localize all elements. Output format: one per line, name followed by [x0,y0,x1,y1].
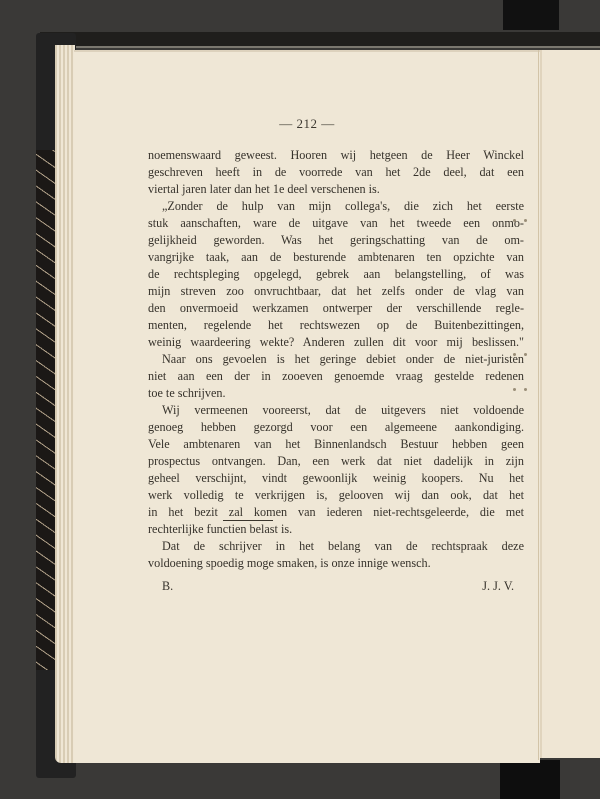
binding-hole [524,219,527,222]
text-line: rechterlijke functien belast is. [148,521,524,538]
marbled-endpaper [36,150,56,670]
signature-left: B. [162,578,173,595]
dark-gap-bottom [500,760,560,799]
binding-hole [513,388,516,391]
page-number: — 212 — [74,116,540,132]
dark-gap [503,0,559,30]
text-line: weinig waardeering wekte? Anderen zullen… [148,334,524,351]
text-line: vangrijke taak, aan de besturende ambten… [148,249,524,266]
section-rule [223,520,273,521]
binding-hole [524,388,527,391]
text-line: voldoening spoedig moge smaken, is onze … [148,555,524,572]
page-edges [55,45,75,763]
book-cover-top-edge [40,32,600,48]
text-line: mijn streven zoo onvruchtbaar, dat het z… [148,283,524,300]
spine-fold [538,50,539,760]
signature-row: B.J. J. V. [148,578,524,595]
text-line: de rechtspleging opgelegd, gebrek aan be… [148,266,524,283]
text-line: werk volledig te verkrijgen is, gelooven… [148,487,524,504]
text-line: den onvermoeid werkzamen ontwerper der v… [148,300,524,317]
left-page: — 212 — noemenswaard geweest. Hooren wij… [74,50,540,763]
text-line: Vele ambtenaren van het Binnenlandsch Be… [148,436,524,453]
text-line: in het bezit zal komen van iederen niet-… [148,504,524,521]
text-line: geheel verschijnt, vindt gewoonlijk wein… [148,470,524,487]
binding-hole [524,353,527,356]
text-line: Naar ons gevoelen is het geringe debiet … [148,351,524,368]
text-line: Wij vermeenen vooreerst, dat de uitgever… [148,402,524,419]
text-line: noemenswaard geweest. Hooren wij hetgeen… [148,147,524,164]
text-line: niet aan een der in zooeven genoemde vra… [148,368,524,385]
text-line: toe te schrijven. [148,385,524,402]
text-line: prospectus ontvangen. Dan, een werk dat … [148,453,524,470]
binding-hole [513,353,516,356]
text-line: stuk aanschaften, ware de uitgave van he… [148,215,524,232]
text-line: geschreven heeft in de voorrede van het … [148,164,524,181]
binding-hole [513,219,516,222]
body-text: noemenswaard geweest. Hooren wij hetgeen… [148,147,524,595]
text-line: „Zonder de hulp van mijn collega's, die … [148,198,524,215]
text-line: gelijkheid geworden. Was het geringschat… [148,232,524,249]
text-line: viertal jaren later dan het 1e deel vers… [148,181,524,198]
text-line: Dat de schrijver in het belang van de re… [148,538,524,555]
signature-right: J. J. V. [482,578,514,595]
text-line: menten, regelende het rechtswezen op de … [148,317,524,334]
text-line: genoeg hebben gezorgd voor een algemeene… [148,419,524,436]
right-page-edge [540,50,600,758]
